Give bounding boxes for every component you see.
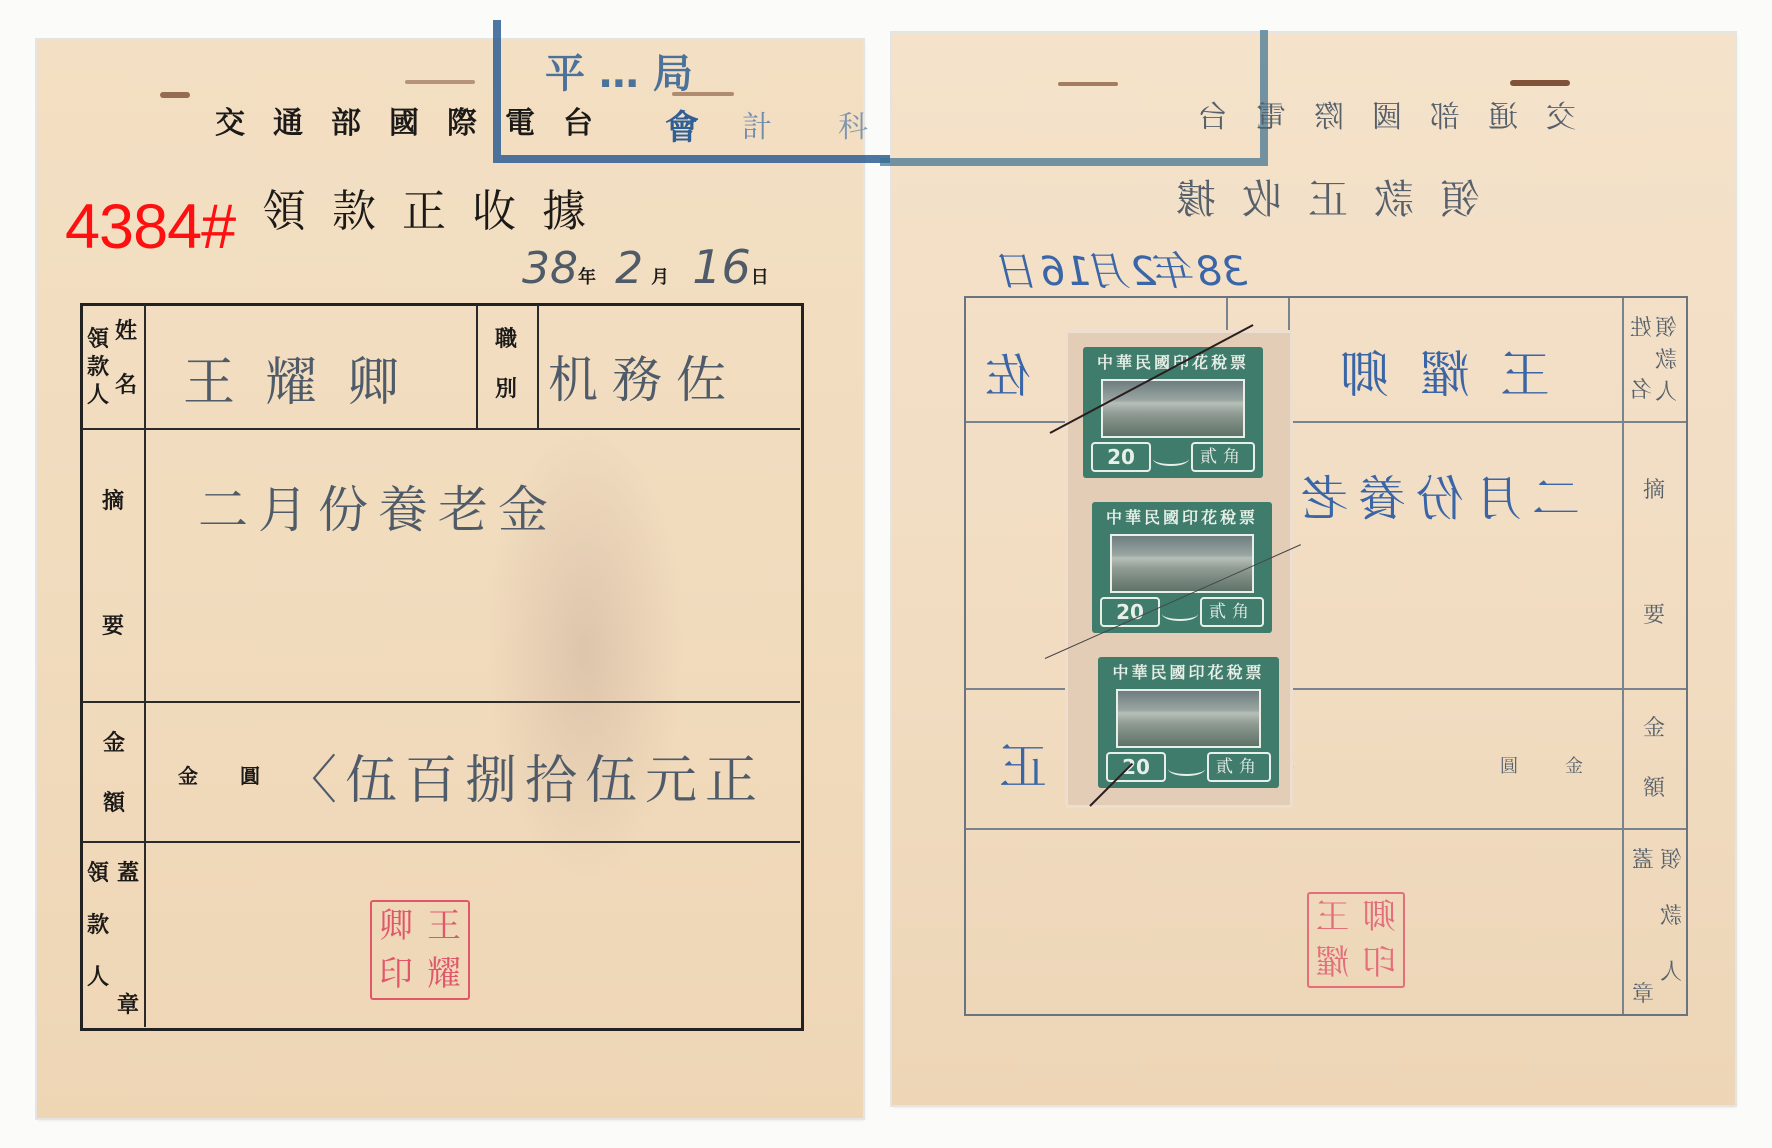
date-year: 38 (522, 243, 578, 294)
amount-value: 〈伍百捌拾伍元正 (285, 738, 765, 813)
label-amount-2: 額 (103, 792, 125, 814)
label-name: 姓 名 (115, 320, 137, 396)
department-stamp-top: 平 … 局 (545, 42, 693, 99)
row-divider (966, 828, 1686, 830)
ornament (1168, 762, 1205, 776)
label-affix-seal: 蓋 章 (117, 862, 139, 1016)
position-column-divider (537, 305, 539, 428)
receipt-date-back: 38年2月16日 (1000, 240, 1247, 297)
payee-name: 王耀卿 (183, 340, 429, 415)
department-stamp-char: 會 (665, 100, 699, 149)
payee-name-back: 王耀卿 (1310, 335, 1550, 407)
label-column-divider (144, 305, 146, 1027)
currency-label-gold: 金 (178, 760, 198, 789)
label-payee-seal-back: 領 款 人 (1660, 850, 1682, 984)
row-divider (82, 701, 800, 703)
amount-bracket: 〈 (285, 751, 345, 811)
ornament (1153, 452, 1189, 466)
label-summary-1: 摘 (102, 490, 124, 512)
staple-hole (160, 92, 190, 98)
currency-label-gold-back: 金 (1565, 752, 1583, 778)
issuer-header-back: 交通部國際電台 (1170, 92, 1576, 136)
label-summary-2: 要 (102, 615, 124, 637)
label-column-divider (1622, 298, 1624, 1014)
label-name-back: 姓 名 (1630, 318, 1652, 402)
label-summary-back-1: 摘 (1643, 480, 1665, 502)
department-stamp-char: 計 (742, 102, 772, 146)
summary-value-back: 二月份養老 (1290, 460, 1580, 529)
position-value: 机務佐 (548, 340, 740, 412)
tractor-vignette (1110, 534, 1254, 593)
receipt-date: 38年 2月 16日 (522, 240, 769, 294)
ornament (1162, 607, 1198, 621)
staple-hole (1510, 80, 1570, 86)
label-amount-back-1: 金 (1643, 718, 1665, 740)
row-divider (82, 841, 800, 843)
label-affix-seal-back: 蓋 章 (1632, 850, 1654, 1006)
department-stamp-char: 科 (838, 102, 868, 146)
label-amount-1: 金 (103, 732, 125, 754)
row-divider (82, 428, 800, 430)
red-name-seal-back: 卿 王 印 耀 (1307, 892, 1405, 988)
staple-hole (405, 80, 475, 84)
currency-label-yuan-back: 圓 (1500, 752, 1518, 778)
label-payee-back: 領 款 人 (1655, 318, 1677, 404)
position-column-divider (476, 305, 478, 428)
position-value-back: 佐 (985, 340, 1031, 406)
red-name-seal: 卿 王 印 耀 (370, 900, 470, 1000)
label-payee-seal: 領 款 人 (87, 862, 109, 988)
catalog-number: 4384# (65, 196, 235, 259)
date-month-unit: 月 (651, 267, 669, 288)
date-day-unit: 日 (751, 267, 769, 288)
label-payee: 領 款 人 (87, 328, 109, 406)
date-year-unit: 年 (578, 267, 596, 288)
currency-label-yuan: 圓 (240, 760, 260, 789)
label-amount-back-2: 額 (1643, 778, 1665, 800)
label-summary-back-2: 要 (1643, 605, 1665, 627)
label-position: 職 別 (495, 328, 517, 400)
form-title: 領款正收據 (262, 175, 612, 239)
date-day: 16 (692, 240, 751, 294)
tractor-vignette (1116, 689, 1261, 748)
form-title-back: 領款正收據 (1150, 168, 1480, 225)
issuer-header: 交通部國際電台 (215, 98, 621, 142)
date-month: 2 (615, 243, 643, 294)
tractor-vignette (1101, 379, 1245, 438)
